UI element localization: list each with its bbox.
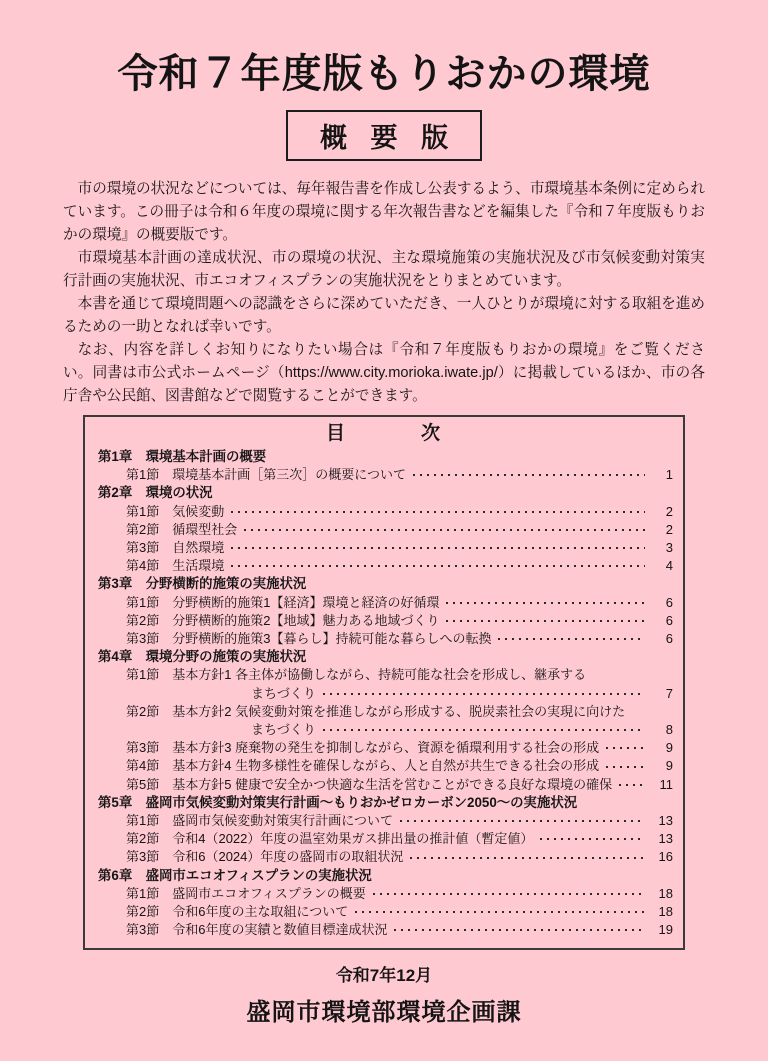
dot-leader (410, 857, 645, 859)
toc-entry-text: 第2節 循環型社会 (126, 521, 237, 539)
dot-leader (323, 729, 645, 731)
toc-entry-text: 第2節 令和6年度の主な取組について (126, 903, 348, 921)
edition-label-box: 概 要 版 (286, 110, 482, 161)
toc-entry-text: 第6章 盛岡市エコオフィスプランの実施状況 (98, 867, 372, 885)
toc-page-number: 6 (653, 630, 673, 648)
toc-entry-text: 第3節 令和6（2024）年度の盛岡市の取組状況 (126, 848, 403, 866)
toc-page-number: 18 (653, 903, 673, 921)
toc-section-row: 第1節 基本方針1 各主体が協働しながら、持続可能な社会を形成し、継承する (93, 666, 673, 684)
dot-leader (323, 693, 645, 695)
toc-page-number: 9 (653, 739, 673, 757)
toc-chapter-row: 第5章 盛岡市気候変動対策実行計画～もりおかゼロカーボン2050～の実施状況 (93, 794, 673, 812)
toc-page-number: 11 (653, 776, 673, 794)
toc-section-row: 第1節 環境基本計画［第三次］の概要について1 (93, 466, 673, 484)
dot-leader (231, 547, 645, 549)
toc-entry-text: 第1節 分野横断的施策1【経済】環境と経済の好循環 (126, 594, 439, 612)
toc-section-row: 第2節 令和6年度の主な取組について18 (93, 903, 673, 921)
toc-page-number: 19 (653, 921, 673, 939)
dot-leader (394, 929, 645, 931)
toc-page-number: 3 (653, 539, 673, 557)
toc-section-row: 第1節 盛岡市気候変動対策実行計画について13 (93, 812, 673, 830)
toc-page-number: 4 (653, 557, 673, 575)
toc-section-row: 第2節 基本方針2 気候変動対策を推進しながら形成する、脱炭素社会の実現に向けた (93, 703, 673, 721)
toc-entry-text: 第5章 盛岡市気候変動対策実行計画～もりおかゼロカーボン2050～の実施状況 (98, 794, 577, 812)
toc-chapter-row: 第1章 環境基本計画の概要 (93, 448, 673, 466)
dot-leader (244, 529, 645, 531)
intro-paragraph: 市環境基本計画の達成状況、市の環境の状況、主な環境施策の実施状況及び市気候変動対… (63, 247, 705, 293)
toc-entry-text: 第3節 基本方針3 廃棄物の発生を抑制しながら、資源を循環利用する社会の形成 (126, 739, 599, 757)
publication-date: 令和7年12月 (0, 961, 768, 986)
toc-entry-text: 第5節 基本方針5 健康で安全かつ快適な生活を営むことができる良好な環境の確保 (126, 776, 612, 794)
dot-leader (400, 820, 645, 822)
toc-entry-text: 第1章 環境基本計画の概要 (98, 448, 266, 466)
toc-entry-text: 第3節 分野横断的施策3【暮らし】持続可能な暮らしへの転換 (126, 630, 491, 648)
toc-entry-text: 第3節 自然環境 (126, 539, 224, 557)
toc-section-row: 第1節 気候変動2 (93, 503, 673, 521)
dot-leader (446, 602, 645, 604)
edition-label: 概 要 版 (320, 123, 456, 153)
toc-section-row: 第1節 盛岡市エコオフィスプランの概要18 (93, 885, 673, 903)
page-title: 令和７年度版もりおかの環境 (0, 50, 768, 98)
toc-section-row: 第2節 分野横断的施策2【地域】魅力ある地域づくり6 (93, 612, 673, 630)
toc-entry-text: 第1節 盛岡市エコオフィスプランの概要 (126, 885, 366, 903)
toc-page-number: 2 (653, 503, 673, 521)
toc-page-number: 1 (653, 466, 673, 484)
dot-leader (606, 766, 645, 768)
toc-entry-text: 第3章 分野横断的施策の実施状況 (98, 575, 306, 593)
toc-entry-text: 第4節 基本方針4 生物多様性を確保しながら、人と自然が共生できる社会の形成 (126, 757, 599, 775)
dot-leader (540, 838, 645, 840)
toc-page-number: 6 (653, 594, 673, 612)
dot-leader (231, 511, 645, 513)
toc-section-row: 第4節 生活環境4 (93, 557, 673, 575)
toc-page-number: 9 (653, 757, 673, 775)
intro-paragraph: 市の環境の状況などについては、毎年報告書を作成し公表するよう、市環境基本条例に定… (63, 178, 705, 247)
toc-section-row: 第2節 循環型社会2 (93, 521, 673, 539)
toc-entry-text: 第4節 生活環境 (126, 557, 224, 575)
publisher-name: 盛岡市環境部環境企画課 (0, 992, 768, 1027)
toc-chapter-row: 第3章 分野横断的施策の実施状況 (93, 575, 673, 593)
toc-entry-text: 第1節 環境基本計画［第三次］の概要について (126, 466, 406, 484)
toc-section-row: 第3節 令和6（2024）年度の盛岡市の取組状況16 (93, 848, 673, 866)
toc-page-number: 18 (653, 885, 673, 903)
dot-leader (446, 620, 645, 622)
toc-section-row: 第2節 令和4（2022）年度の温室効果ガス排出量の推計値（暫定値）13 (93, 830, 673, 848)
dot-leader (619, 784, 645, 786)
toc-section-row: 第5節 基本方針5 健康で安全かつ快適な生活を営むことができる良好な環境の確保1… (93, 776, 673, 794)
toc-page-number: 8 (653, 721, 673, 739)
intro-text: 市の環境の状況などについては、毎年報告書を作成し公表するよう、市環境基本条例に定… (63, 178, 705, 408)
toc-entry-text: 第2節 令和4（2022）年度の温室効果ガス排出量の推計値（暫定値） (126, 830, 533, 848)
dot-leader (606, 747, 645, 749)
toc-section-row: 第3節 分野横断的施策3【暮らし】持続可能な暮らしへの転換6 (93, 630, 673, 648)
toc-page-number: 7 (653, 685, 673, 703)
toc-page-number: 6 (653, 612, 673, 630)
toc-section-row: 第3節 基本方針3 廃棄物の発生を抑制しながら、資源を循環利用する社会の形成9 (93, 739, 673, 757)
toc-continuation-row: まちづくり7 (93, 685, 673, 703)
toc-page-number: 2 (653, 521, 673, 539)
dot-leader (231, 565, 645, 567)
toc-entry-text: 第2節 基本方針2 気候変動対策を推進しながら形成する、脱炭素社会の実現に向けた (126, 703, 625, 721)
toc-continuation-row: まちづくり8 (93, 721, 673, 739)
toc-heading: 目 次 (93, 422, 673, 446)
toc-entry-text: 第4章 環境分野の施策の実施状況 (98, 648, 306, 666)
toc-page-number: 16 (653, 848, 673, 866)
toc-chapter-row: 第6章 盛岡市エコオフィスプランの実施状況 (93, 867, 673, 885)
toc-entry-text: 第1節 気候変動 (126, 503, 224, 521)
toc-section-row: 第4節 基本方針4 生物多様性を確保しながら、人と自然が共生できる社会の形成9 (93, 757, 673, 775)
toc-rows: 第1章 環境基本計画の概要第1節 環境基本計画［第三次］の概要について1第2章 … (93, 448, 673, 939)
dot-leader (373, 893, 645, 895)
intro-paragraph: なお、内容を詳しくお知りになりたい場合は『令和７年度版もりおかの環境』をご覧くだ… (63, 339, 705, 408)
dot-leader (413, 474, 645, 476)
toc-entry-text: まちづくり (251, 685, 316, 703)
toc-page-number: 13 (653, 830, 673, 848)
toc-chapter-row: 第2章 環境の状況 (93, 484, 673, 502)
toc-entry-text: まちづくり (251, 721, 316, 739)
toc-section-row: 第1節 分野横断的施策1【経済】環境と経済の好循環6 (93, 594, 673, 612)
toc-entry-text: 第1節 盛岡市気候変動対策実行計画について (126, 812, 393, 830)
toc-chapter-row: 第4章 環境分野の施策の実施状況 (93, 648, 673, 666)
toc-entry-text: 第2節 分野横断的施策2【地域】魅力ある地域づくり (126, 612, 439, 630)
intro-paragraph: 本書を通じて環境問題への認識をさらに深めていただき、一人ひとりが環境に対する取組… (63, 293, 705, 339)
toc-section-row: 第3節 自然環境3 (93, 539, 673, 557)
toc-entry-text: 第3節 令和6年度の実績と数値目標達成状況 (126, 921, 387, 939)
dot-leader (355, 911, 645, 913)
toc-section-row: 第3節 令和6年度の実績と数値目標達成状況19 (93, 921, 673, 939)
toc-page-number: 13 (653, 812, 673, 830)
toc-entry-text: 第2章 環境の状況 (98, 484, 213, 502)
table-of-contents: 目 次 第1章 環境基本計画の概要第1節 環境基本計画［第三次］の概要について1… (83, 415, 685, 950)
toc-entry-text: 第1節 基本方針1 各主体が協働しながら、持続可能な社会を形成し、継承する (126, 666, 586, 684)
document-page: 令和７年度版もりおかの環境 概 要 版 市の環境の状況などについては、毎年報告書… (0, 0, 768, 1061)
dot-leader (498, 638, 645, 640)
